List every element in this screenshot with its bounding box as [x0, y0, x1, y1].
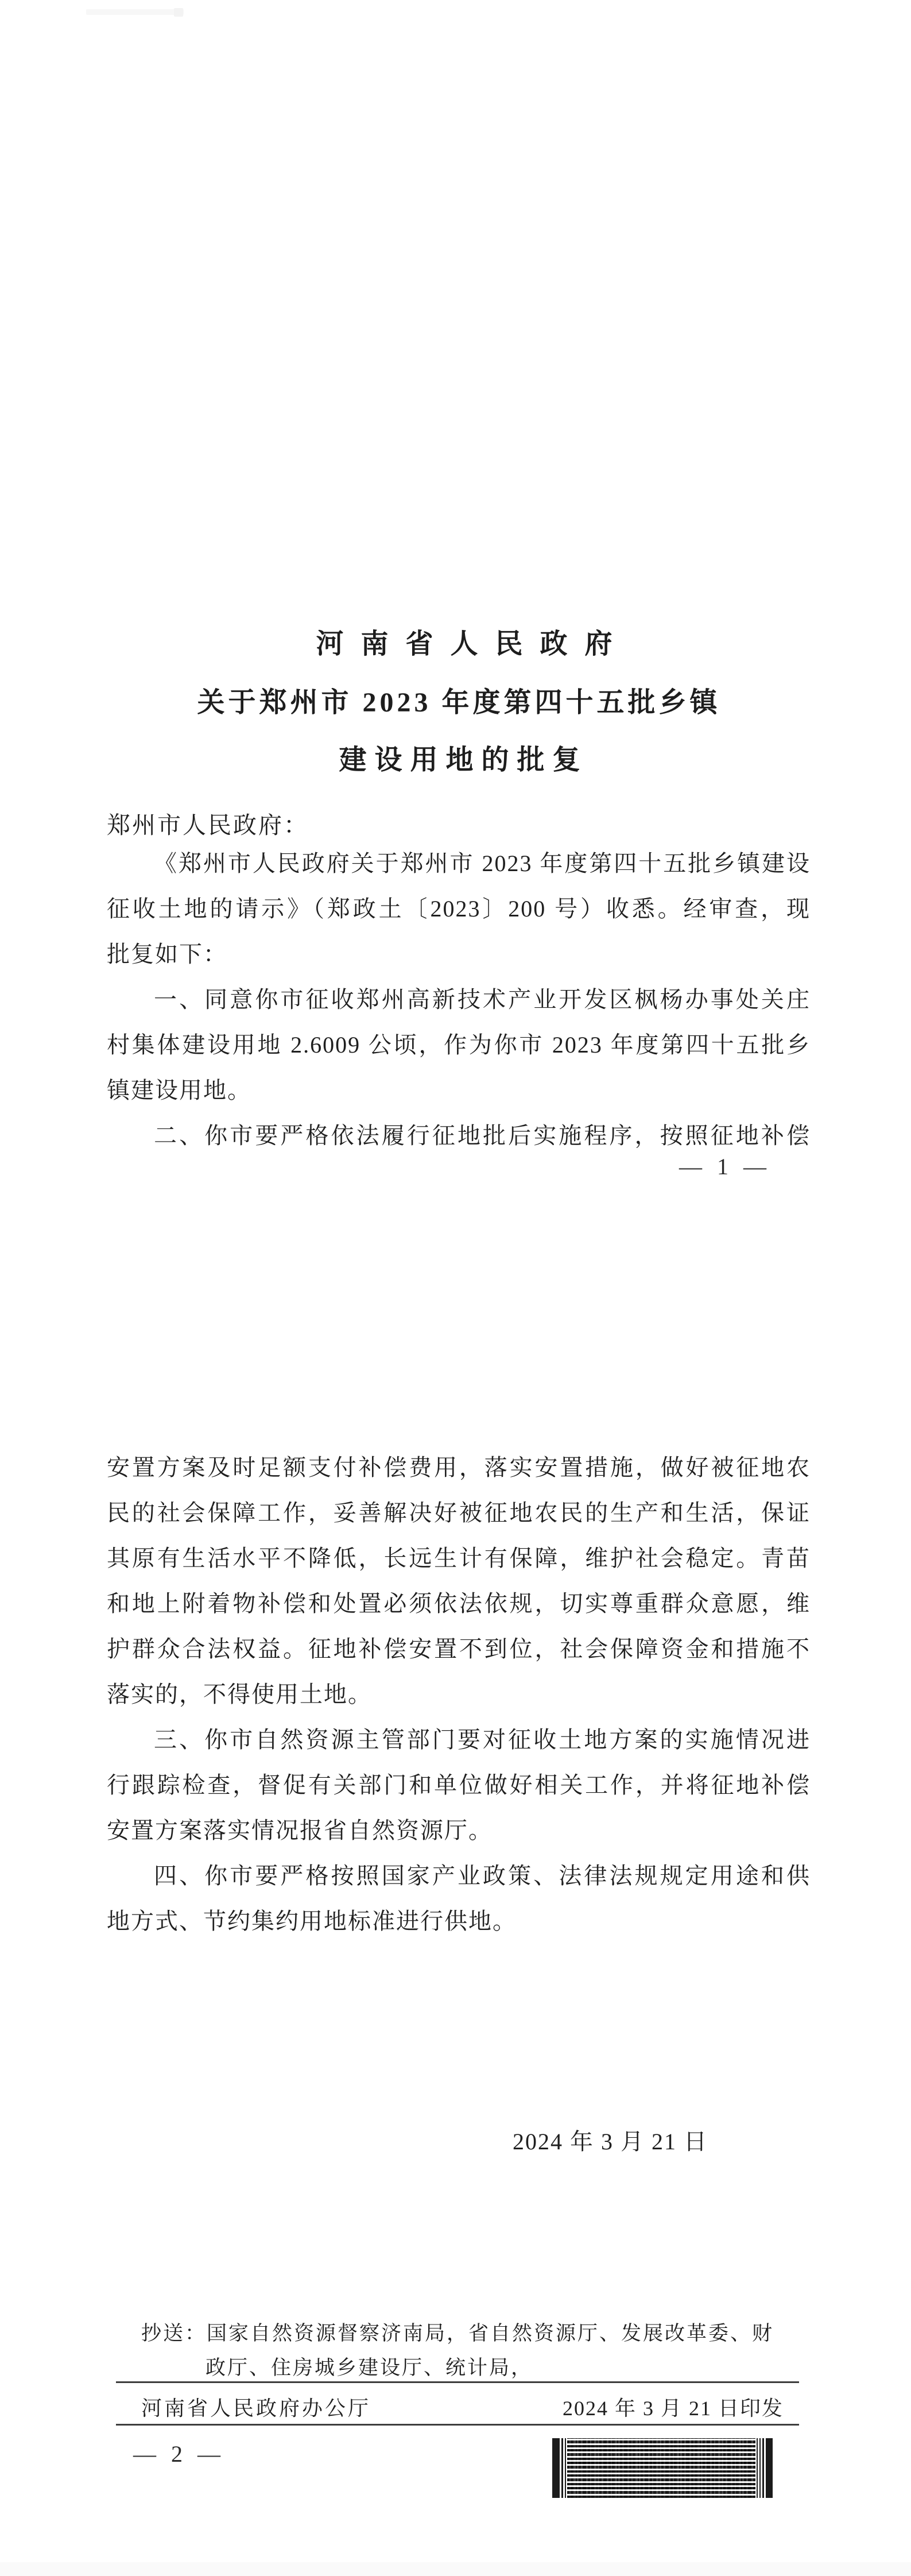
document-title-line1: 河南省人民政府 [0, 621, 911, 661]
body-line: 其原有生活水平不降低，长远生计有保障，维护社会稳定。青苗 [107, 1535, 811, 1581]
body-line: 安置方案及时足额支付补偿费用，落实安置措施，做好被征地农 [107, 1445, 811, 1490]
body-line: 一、同意你市征收郑州高新技术产业开发区枫杨办事处关庄 [107, 977, 811, 1022]
page1-body: 《郑州市人民政府关于郑州市 2023 年度第四十五批乡镇建设 征收土地的请示》（… [107, 841, 811, 1158]
pdf417-barcode-icon [552, 2438, 773, 2498]
body-line: 二、你市要严格依法履行征地批后实施程序，按照征地补偿 [107, 1113, 811, 1158]
barcode-start-pattern [552, 2438, 567, 2498]
body-line: 护群众合法权益。征地补偿安置不到位，社会保障资金和措施不 [107, 1626, 811, 1672]
body-line: 民的社会保障工作，妥善解决好被征地农民的生产和生活，保证 [107, 1490, 811, 1535]
scan-edge-shadow [0, 2562, 911, 2576]
body-line: 村集体建设用地 2.6009 公顷，作为你市 2023 年度第四十五批乡 [107, 1022, 811, 1067]
barcode-stop-pattern [755, 2438, 773, 2498]
body-line: 《郑州市人民政府关于郑州市 2023 年度第四十五批乡镇建设 [107, 841, 811, 886]
body-line: 行跟踪检查，督促有关部门和单位做好相关工作，并将征地补偿 [107, 1762, 811, 1808]
body-line: 三、你市自然资源主管部门要对征收土地方案的实施情况进 [107, 1717, 811, 1762]
document-title-line3: 建设用地的批复 [0, 737, 911, 777]
body-line: 落实的，不得使用土地。 [107, 1672, 811, 1717]
body-line: 批复如下： [107, 931, 811, 977]
salutation: 郑州市人民政府： [107, 806, 309, 840]
scan-smudge [86, 9, 184, 15]
body-line: 地方式、节约集约用地标准进行供地。 [107, 1898, 811, 1944]
scanned-document: 河南省人民政府 关于郑州市 2023 年度第四十五批乡镇 建设用地的批复 郑州市… [0, 0, 911, 2576]
document-title-line2: 关于郑州市 2023 年度第四十五批乡镇 [0, 680, 911, 720]
page1-page-number: — 1 — [679, 1153, 771, 1180]
body-line: 镇建设用地。 [107, 1067, 811, 1113]
scan-smudge [174, 8, 183, 17]
cc-list-line1: 抄送：国家自然资源督察济南局，省自然资源厅、发展改革委、财 [141, 2318, 774, 2346]
body-line: 四、你市要严格按照国家产业政策、法律法规规定用途和供 [107, 1853, 811, 1898]
body-line: 安置方案落实情况报省自然资源厅。 [107, 1808, 811, 1853]
print-date: 2024 年 3 月 21 日印发 [563, 2392, 784, 2422]
body-line: 和地上附着物补偿和处置必须依法依规，切实尊重群众意愿，维 [107, 1581, 811, 1626]
page2-page-number: — 2 — [133, 2440, 225, 2467]
footer-divider-bottom [116, 2424, 799, 2426]
document-date: 2024 年 3 月 21 日 [513, 2124, 708, 2156]
barcode-data-region [567, 2438, 755, 2498]
body-line: 征收土地的请示》（郑政土〔2023〕200 号）收悉。经审查，现 [107, 886, 811, 931]
footer-divider-top [116, 2381, 799, 2383]
page2-body: 安置方案及时足额支付补偿费用，落实安置措施，做好被征地农 民的社会保障工作，妥善… [107, 1445, 811, 1944]
issuing-office: 河南省人民政府办公厅 [141, 2392, 371, 2422]
cc-list-line2: 政厅、住房城乡建设厅、统计局， [206, 2352, 533, 2381]
